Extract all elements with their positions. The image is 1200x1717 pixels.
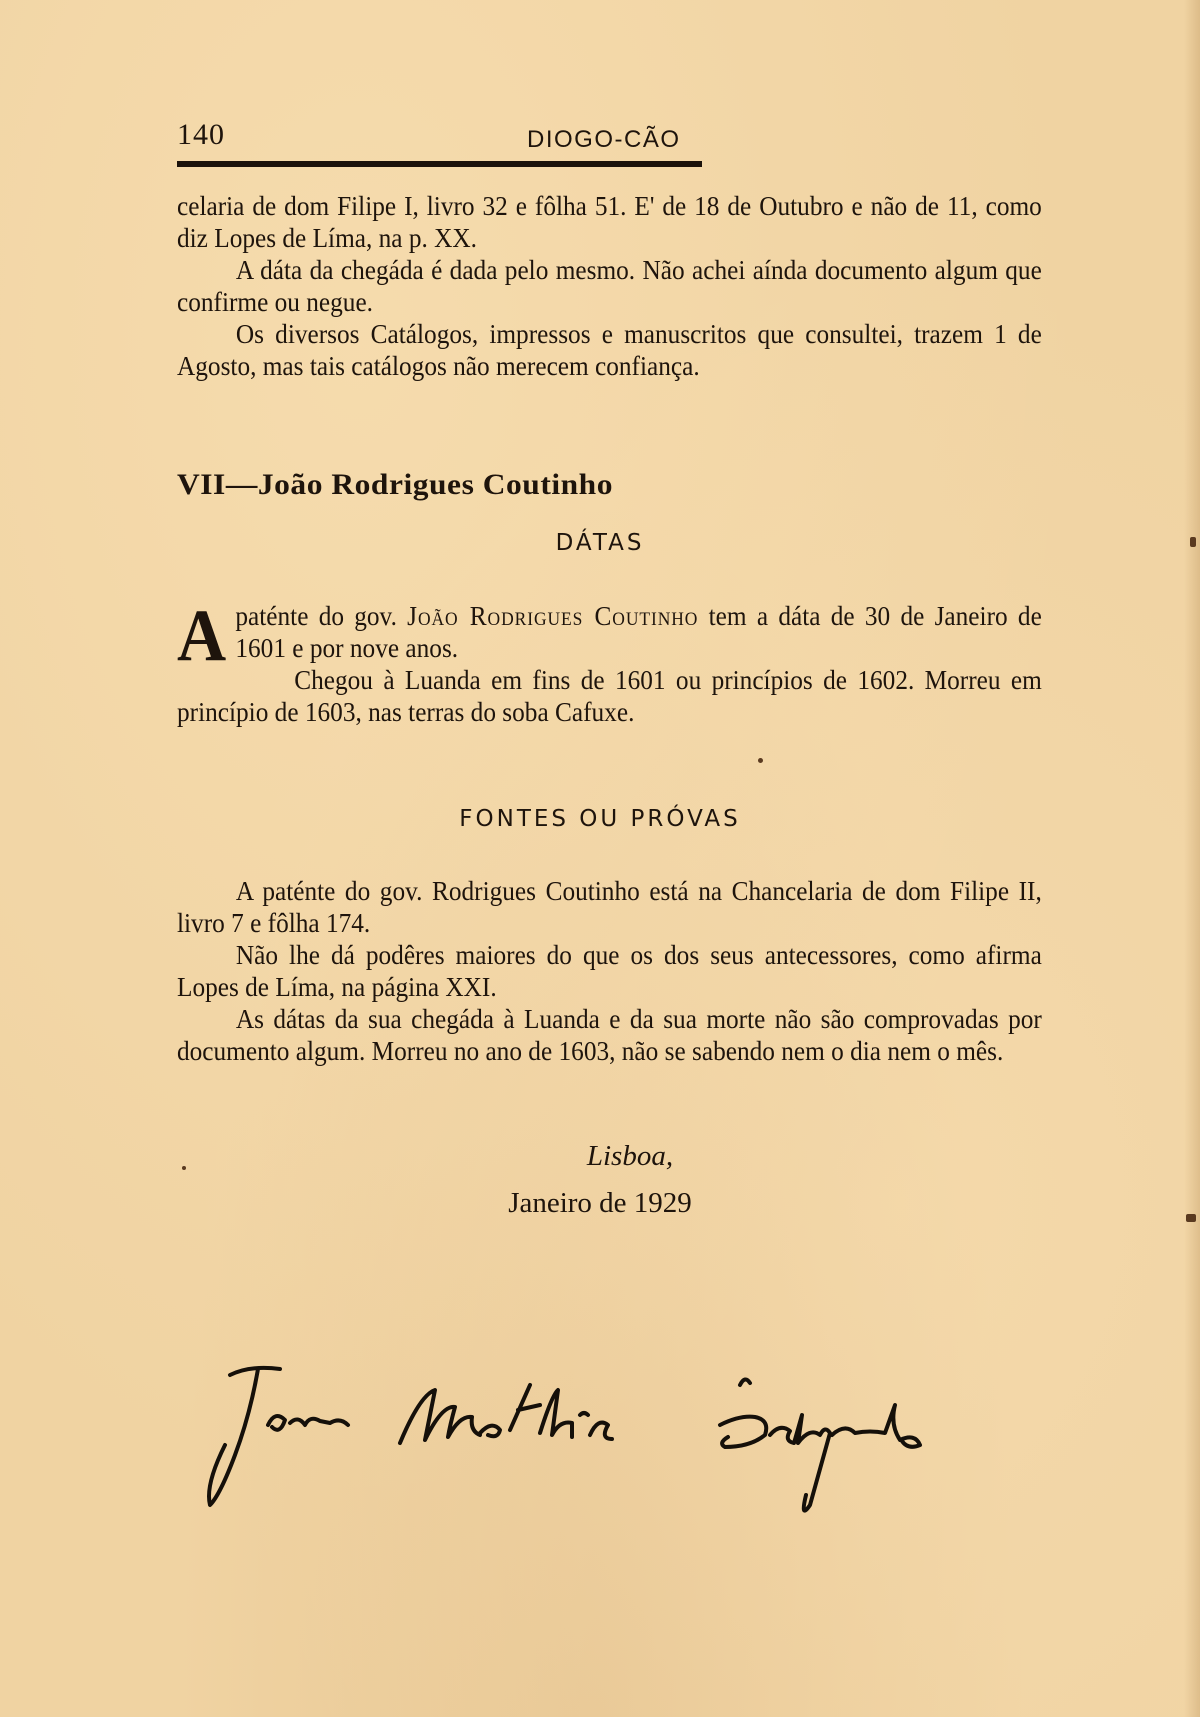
paper-speck	[1186, 1214, 1196, 1222]
paragraph: Os diversos Catálogos, impressos e manus…	[177, 318, 1042, 382]
page-edge-shadow	[1184, 0, 1200, 1717]
paragraph: celaria de dom Filipe I, livro 32 e fôlh…	[177, 190, 1042, 254]
paper-speck	[182, 1166, 186, 1170]
subheading-fontes: FONTES OU PRÓVAS	[0, 806, 1200, 832]
paragraph: A paténte do gov. João Rodrigues Coutinh…	[177, 600, 1042, 664]
closing: Lisboa, Janeiro de 1929	[0, 1140, 1200, 1220]
closing-date: Janeiro de 1929	[0, 1187, 1200, 1220]
header-rule	[177, 161, 702, 167]
paragraph: Não lhe dá podêres maiores do que os dos…	[177, 939, 1042, 1003]
page-number: 140	[177, 118, 225, 152]
paragraph: Chegou à Luanda em fins de 1601 ou princ…	[177, 664, 1042, 728]
paper-speck	[758, 758, 763, 763]
section-heading: VII—João Rodrigues Coutinho	[177, 468, 613, 502]
subheading-datas: DÁTAS	[0, 530, 1200, 556]
intro-text: celaria de dom Filipe I, livro 32 e fôlh…	[177, 190, 1042, 382]
running-title: DIOGO-CÃO	[527, 126, 681, 154]
governor-name: João Rodrigues Coutinho	[407, 600, 698, 631]
datas-text: A paténte do gov. João Rodrigues Coutinh…	[177, 600, 1042, 728]
paragraph: As dátas da sua chegáda à Luanda e da su…	[177, 1003, 1042, 1067]
running-head: 140 DIOGO-CÃO	[177, 118, 702, 166]
paragraph: A paténte do gov. Rodrigues Coutinho est…	[177, 875, 1042, 939]
fontes-text: A paténte do gov. Rodrigues Coutinho est…	[177, 875, 1042, 1067]
paragraph: A dáta da chegáda é dada pelo mesmo. Não…	[177, 254, 1042, 318]
drop-cap: A	[177, 606, 226, 666]
paper-speck	[1190, 537, 1196, 547]
closing-place: Lisboa,	[0, 1140, 1200, 1173]
book-page: 140 DIOGO-CÃO celaria de dom Filipe I, l…	[0, 0, 1200, 1717]
handwritten-signature: José Mathias Delgado	[180, 1355, 1040, 1525]
